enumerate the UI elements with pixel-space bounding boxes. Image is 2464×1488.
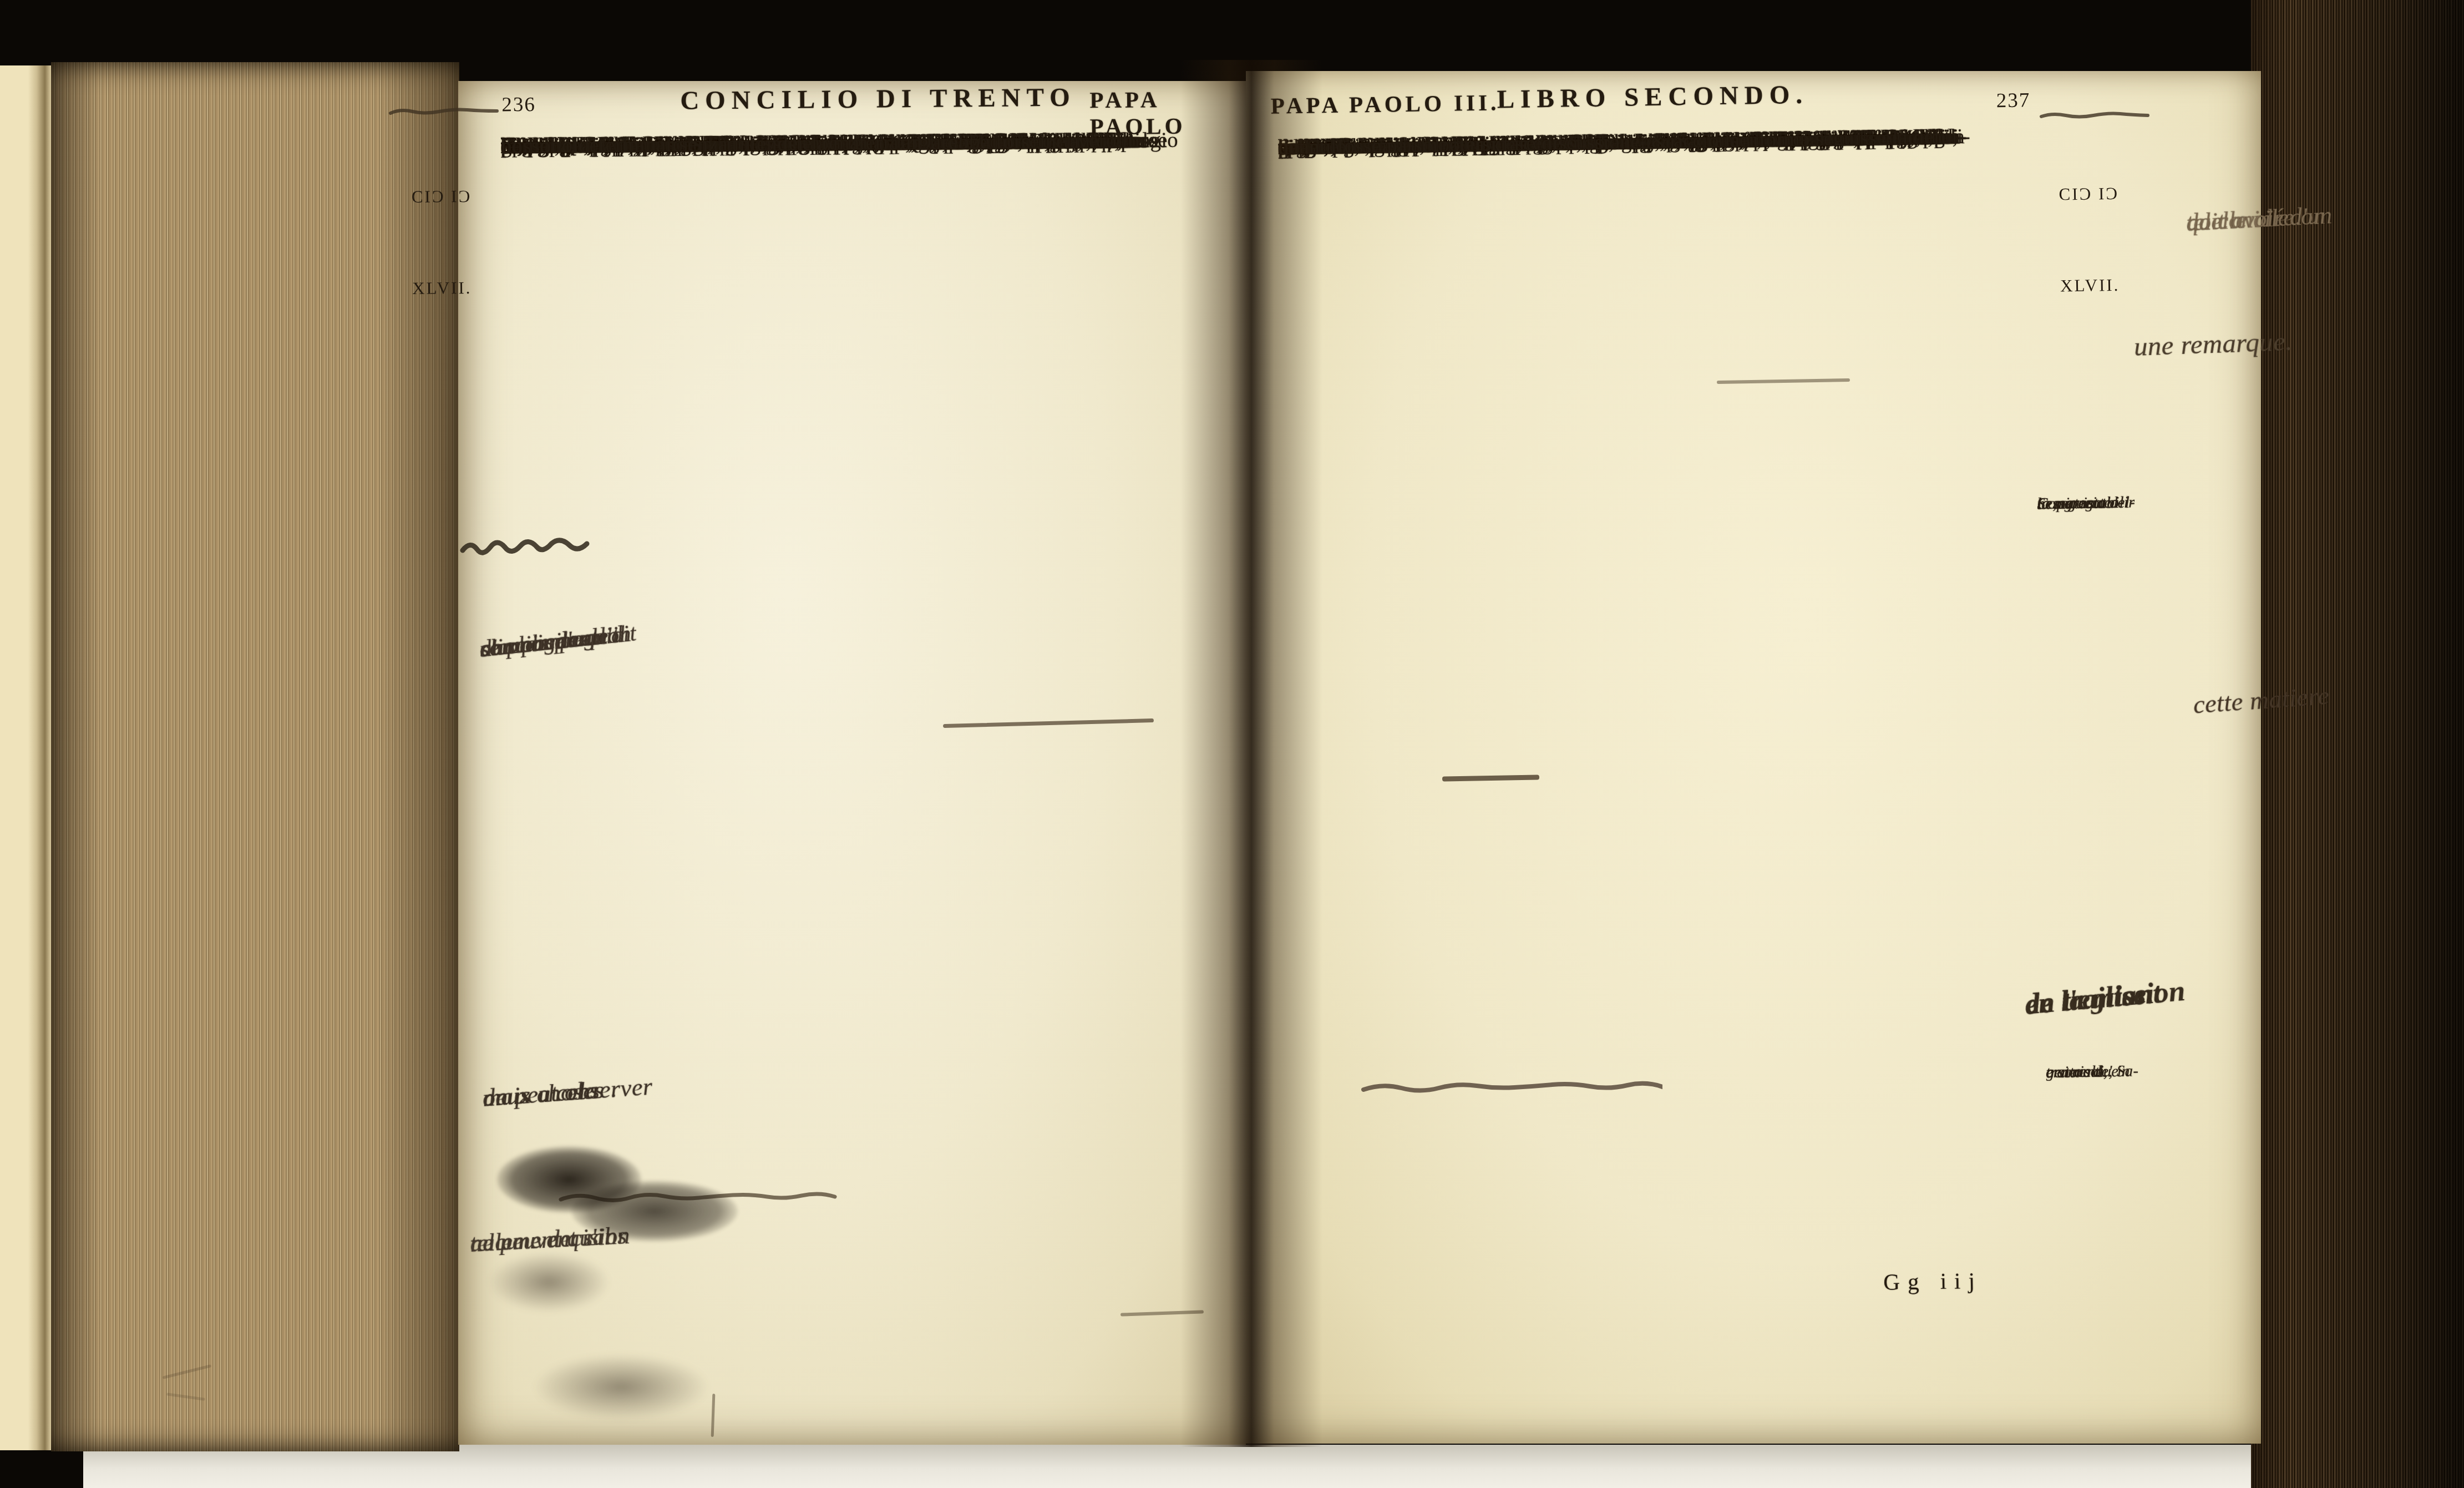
right-page: PAPA PAOLO III. LIBRO SECONDO. 237 CIƆ I… [1246, 71, 2261, 1444]
year-line-2: XLVII. [412, 272, 473, 303]
printed-margin-note-sacramenti: e si risoluetrattar de' Sa-cramenti , in… [2046, 1059, 2212, 1062]
handwriting-line: tel concile . [2186, 200, 2303, 240]
ink-underline-consideratione [1360, 1081, 1662, 1096]
ink-squiggle-above-year [388, 107, 499, 117]
printed-margin-note-congregatione: Congregatio-ne,per istabilirla materia d… [2037, 490, 2203, 493]
left-fore-edge-pages [51, 62, 459, 1451]
printed-text-line: possono determinar senza intender la mat… [501, 126, 1123, 160]
right-running-title-left: PAPA PAOLO III. [1271, 89, 1500, 119]
left-running-title: CONCILIO DI TRENTO [680, 82, 1076, 115]
left-cover-edge [0, 65, 51, 1450]
ink-squiggle-under-page-number [2039, 111, 2150, 121]
right-page-number: 237 [1996, 88, 2031, 113]
left-text-column: hebbe gran parte,come s'è detto, nella f… [501, 125, 1249, 132]
right-margin-year: CIƆ IƆ XLVII. [2057, 117, 2121, 362]
catchword-signature: Gg iij [1883, 1267, 1983, 1295]
right-running-title: LIBRO SECONDO. [1497, 80, 1808, 115]
year-line-1: CIƆ IƆ [412, 181, 472, 212]
handwriting-line: une remarque. [2133, 325, 2293, 362]
year-line-1: CIƆ IƆ [2059, 178, 2119, 210]
left-page-number: 236 [501, 93, 536, 117]
margin-note-line: Sessione. [2037, 492, 2098, 515]
year-line-2: XLVII. [2060, 270, 2121, 301]
printed-text-line: quanti fosse parso potersi fare discussi… [1278, 123, 1971, 162]
ink-smear [488, 1252, 610, 1313]
ink-smear [533, 1354, 710, 1420]
margin-note-line: generale, [2046, 1061, 2107, 1084]
ink-scribble-left-margin [458, 528, 602, 567]
left-margin-year: CIƆ IƆ XLVII. [411, 120, 473, 365]
book-scan: 236 CONCILIO DI TRENTO PAPA PAOLO CIƆ IƆ… [0, 0, 2464, 1488]
ink-blot [571, 1181, 738, 1242]
right-page-content: PAPA PAOLO III. LIBRO SECONDO. 237 CIƆ I… [1246, 62, 2283, 1450]
right-text-column: cesse, che dibattendosi le openioni cont… [1278, 122, 2028, 133]
